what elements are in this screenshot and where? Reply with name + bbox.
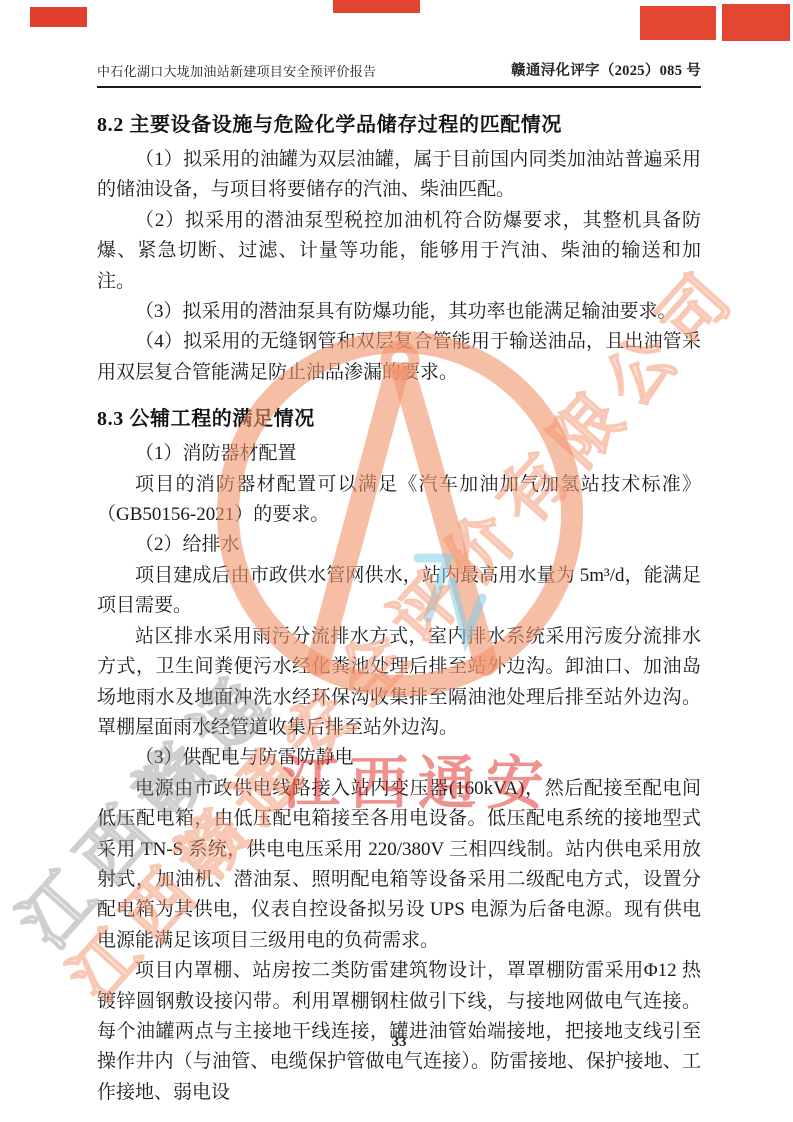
paragraph-10: （3）供配电与防雷防静电: [97, 743, 701, 773]
paragraph-8: 项目建成后由市政供水管网供水，站内最高用水量为 5m³/d，能满足项目需要。: [97, 561, 701, 622]
header-report-title: 中石化湖口大垅加油站新建项目安全预评价报告: [97, 61, 376, 80]
paragraph-12: 项目内罩棚、站房按二类防雷建筑物设计，罩罩棚防雷采用Φ12 热镀锌圆钢敷设接闪带…: [97, 956, 701, 1108]
paragraph-5: （1）消防器材配置: [97, 439, 701, 469]
header-doc-number: 赣通浔化评字（2025）085 号: [511, 59, 701, 80]
paragraph-9: 站区排水采用雨污分流排水方式，室内排水系统采用污废分流排水方式，卫生间粪便污水经…: [97, 622, 701, 744]
red-stamp-fragment-right-2: [722, 4, 790, 41]
section-heading-8-3: 8.3 公辅工程的满足情况: [97, 402, 701, 431]
paragraph-1: （1）拟采用的油罐为双层油罐，属于目前国内同类加油站普遍采用的储油设备，与项目将…: [97, 145, 701, 206]
paragraph-6: 项目的消防器材配置可以满足《汽车加油加气加氢站技术标准》（GB50156-202…: [97, 470, 701, 531]
section-heading-8-2: 8.2 主要设备设施与危险化学品储存过程的匹配情况: [97, 108, 701, 137]
red-stamp-fragment-left: [30, 7, 87, 27]
page-number: 33: [97, 1034, 701, 1051]
paragraph-11: 电源由市政供电线路接入站内变压器(160kVA)，然后配接至配电间低压配电箱，由…: [97, 774, 701, 956]
document-body: 8.2 主要设备设施与危险化学品储存过程的匹配情况 （1）拟采用的油罐为双层油罐…: [97, 94, 701, 1108]
red-stamp-fragment-right-1: [640, 6, 716, 40]
red-stamp-fragment-center: [333, 0, 420, 13]
paragraph-3: （3）拟采用的潜油泵具有防爆功能，其功率也能满足输油要求。: [97, 297, 701, 327]
paragraph-4: （4）拟采用的无缝钢管和双层复合管能用于输送油品，且出油管采用双层复合管能满足防…: [97, 327, 701, 388]
paragraph-7: （2）给排水: [97, 530, 701, 560]
paragraph-2: （2）拟采用的潜油泵型税控加油机符合防爆要求，其整机具备防爆、紧急切断、过滤、计…: [97, 206, 701, 297]
page-header: 中石化湖口大垅加油站新建项目安全预评价报告 赣通浔化评字（2025）085 号: [97, 59, 701, 80]
header-rule: [97, 86, 701, 88]
